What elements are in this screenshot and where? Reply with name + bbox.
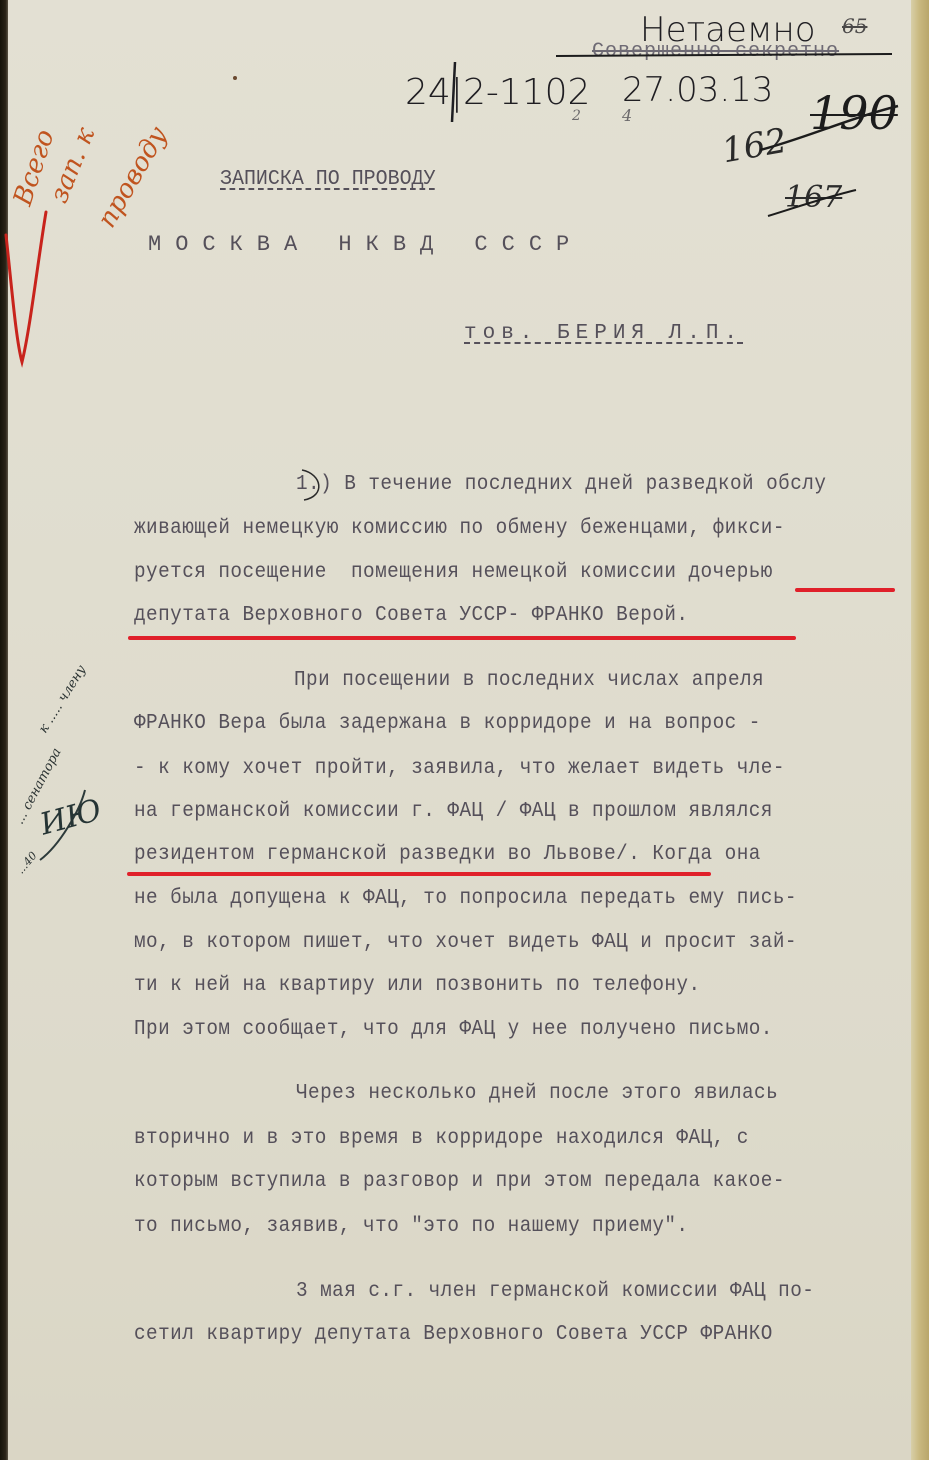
body-line: на германской комиссии г. ФАЦ / ФАЦ в пр… <box>134 800 773 823</box>
body-line: 1.) В течение последних дней разведкой о… <box>296 473 826 496</box>
body-line: Через несколько дней после этого явилась <box>296 1082 778 1105</box>
body-line: ти к ней на квартиру или позвонить по те… <box>134 974 701 997</box>
highlight-underline <box>795 588 895 592</box>
body-line: депутата Верховного Совета УССР- ФРАНКО … <box>134 604 688 627</box>
body-line: мо, в котором пишет, что хочет видеть ФА… <box>134 931 797 954</box>
body-line: сетил квартиру депутата Верховного Совет… <box>134 1323 773 1346</box>
body-line: то письмо, заявив, что "это по нашему пр… <box>134 1215 688 1238</box>
body-line: - к кому хочет пройти, заявила, что жела… <box>134 757 785 780</box>
body-line: которым вступила в разговор и при этом п… <box>134 1170 785 1193</box>
body-line: При посещении в последних числах апреля <box>294 669 764 692</box>
body-line: живающей немецкую комиссию по обмену беж… <box>134 517 785 540</box>
highlight-underline <box>127 872 711 876</box>
body-line: руется посещение помещения немецкой коми… <box>134 561 773 584</box>
body-line: При этом сообщает, что для ФАЦ у нее пол… <box>134 1018 773 1041</box>
recipient: тов. БЕРИЯ Л.П. <box>464 322 743 345</box>
body-line: резидентом германской разведки во Львове… <box>134 843 761 866</box>
highlight-underline <box>128 636 796 640</box>
body-line: вторично и в это время в корридоре наход… <box>134 1127 749 1150</box>
document-title: ЗАПИСКА ПО ПРОВОДУ <box>220 168 436 191</box>
body-line: ФРАНКО Вера была задержана в корридоре и… <box>134 712 761 735</box>
addressee-line: МОСКВА НКВД СССР <box>148 232 583 257</box>
body-line: 3 мая с.г. член германской комиссии ФАЦ … <box>296 1280 814 1303</box>
body-line: не была допущена к ФАЦ, то попросила пер… <box>134 887 797 910</box>
